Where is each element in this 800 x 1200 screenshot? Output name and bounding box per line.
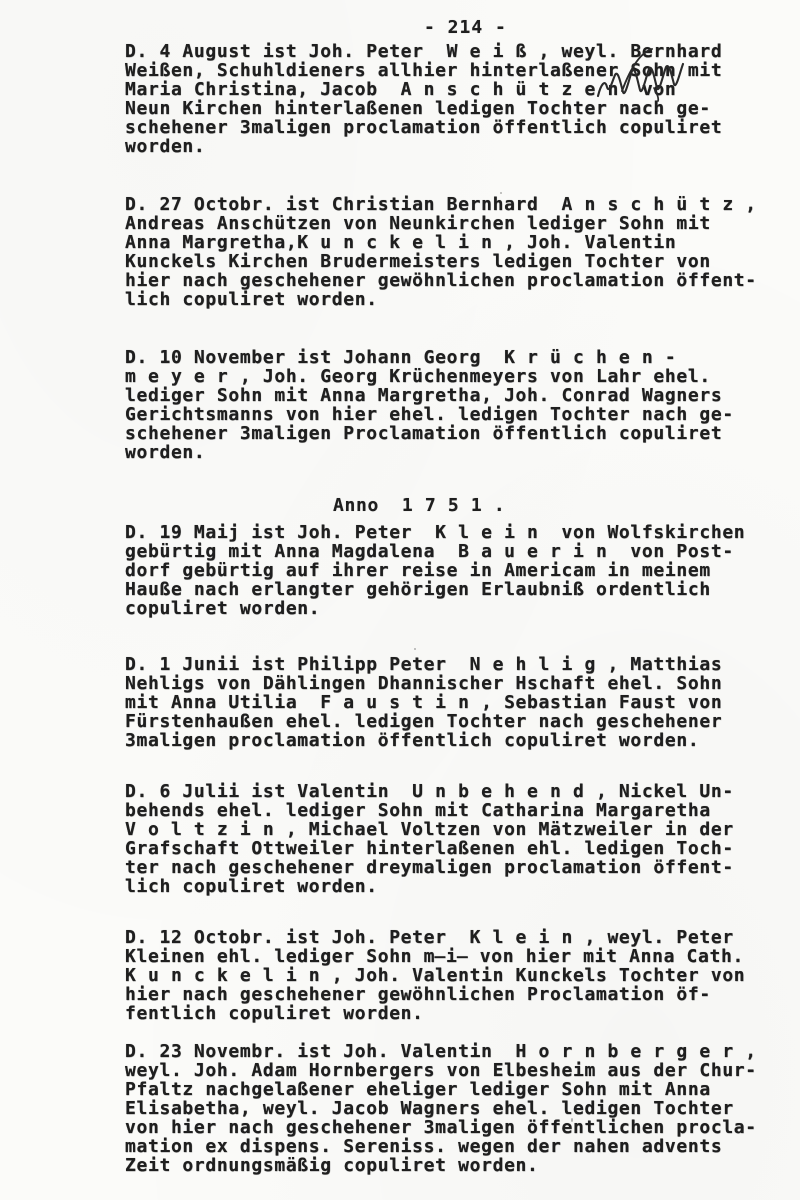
marriage-entry-kruechenmeyer: D. 10 November ist Johann Georg K r ü c … — [125, 348, 734, 462]
scan-speck — [414, 648, 416, 650]
marriage-entry-unbehend: D. 6 Julii ist Valentin U n b e h e n d … — [125, 782, 734, 896]
marriage-entry-klein-bauerin: D. 19 Maij ist Joh. Peter K l e i n von … — [125, 523, 745, 618]
anno-1751-heading: Anno 1 7 5 1 . — [333, 495, 505, 516]
scan-speck — [500, 192, 502, 194]
scanned-register-page: - 214 - D. 4 August ist Joh. Peter W e i… — [0, 0, 800, 1200]
marriage-entry-anschuetz: D. 27 Octobr. ist Christian Bernhard A n… — [125, 195, 757, 309]
marriage-entry-hornberger: D. 23 Novembr. ist Joh. Valentin H o r n… — [125, 1042, 757, 1175]
scan-speck — [571, 1118, 573, 1122]
page-number: - 214 - — [424, 17, 507, 38]
marriage-entry-weiss: D. 4 August ist Joh. Peter W e i ß , wey… — [125, 42, 722, 156]
scan-speck — [268, 436, 271, 439]
marriage-entry-klein-kunckelin: D. 12 Octobr. ist Joh. Peter K l e i n ,… — [125, 928, 745, 1023]
marriage-entry-nehlig: D. 1 Junii ist Philipp Peter N e h l i g… — [125, 655, 722, 750]
